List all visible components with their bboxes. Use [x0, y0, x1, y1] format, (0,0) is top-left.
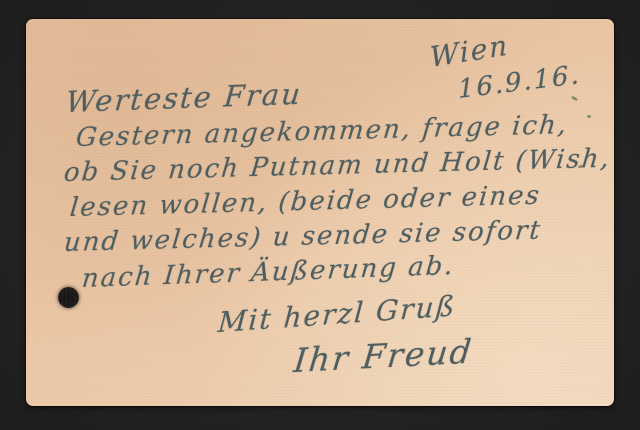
punch-hole — [58, 287, 79, 308]
handwriting-line-salutation: Werteste Frau — [65, 77, 304, 119]
signature: Ihr Freud — [292, 331, 475, 380]
ink-speck — [587, 115, 591, 118]
dateline-place: Wien — [429, 28, 510, 74]
postcard: Wien 16.9.16. Werteste Frau Gestern ange… — [26, 19, 614, 406]
handwriting-line: und welches) u sende sie sofort — [63, 215, 544, 258]
handwriting-line-closing: Mit herzl Gruß — [217, 289, 458, 339]
handwriting-line: nach Ihrer Äußerung ab. — [81, 251, 456, 294]
ink-speck — [571, 95, 579, 101]
photo-background: Wien 16.9.16. Werteste Frau Gestern ange… — [0, 0, 640, 430]
